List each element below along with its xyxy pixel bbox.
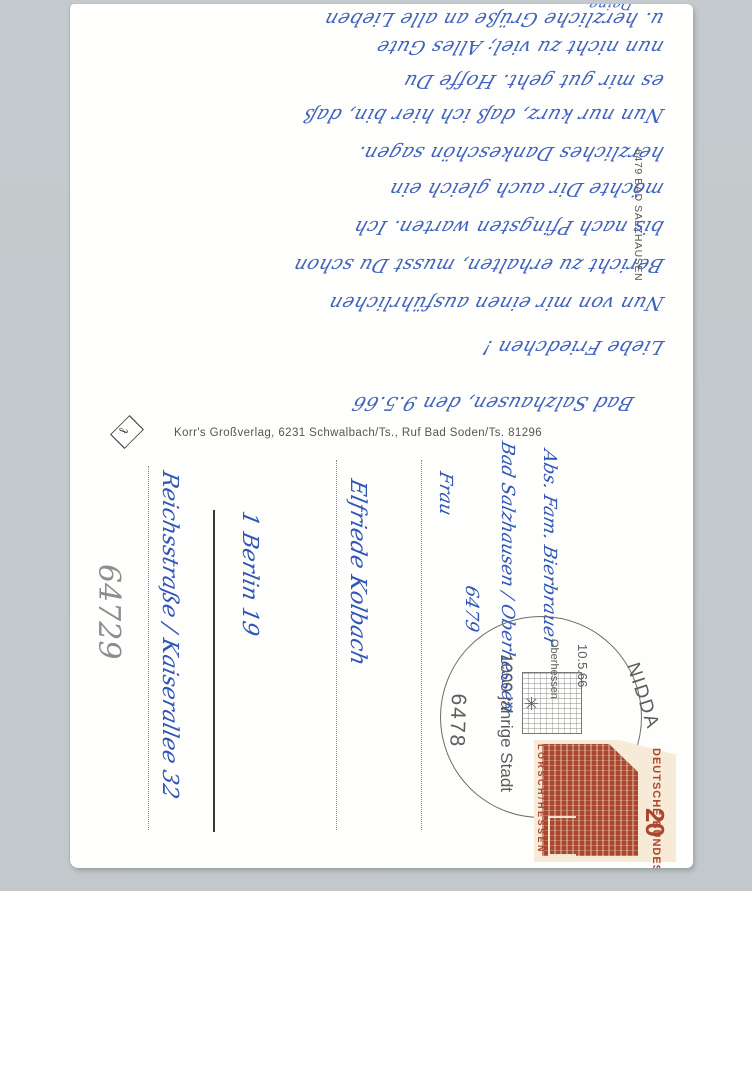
postmark-region: Oberhessen xyxy=(548,639,560,699)
recipient-street: Reichsstraße / Kaiserallee 32 xyxy=(157,469,182,801)
postmark-zip: 6478 xyxy=(444,693,470,749)
postcard-back: Liebe Friedchen ! Nun von mir einen ausf… xyxy=(70,4,693,868)
message-line: Nun nur kurz, daß ich hier bin, daß xyxy=(300,104,667,126)
stamp-door-detail xyxy=(548,816,576,856)
message-greeting: Liebe Friedchen ! xyxy=(480,336,667,358)
message-line: bis nach Pfingsten warten. Ich xyxy=(350,216,666,238)
sender-zip: 6479 xyxy=(461,584,482,634)
stamp-place: LORSCH/HESSEN xyxy=(536,744,546,854)
stamp-value: 20 xyxy=(639,808,670,837)
recipient-name: Elfriede Kolbach xyxy=(345,477,370,668)
address-dotted-line xyxy=(421,460,422,830)
message-line: nun nicht zu viel; Alles Gute xyxy=(373,36,666,58)
publisher-line: Korr's Großverlag, 6231 Schwalbach/Ts., … xyxy=(174,427,542,439)
location-caption: 6479 BAD SALZHAUSEN xyxy=(632,149,644,281)
message-line: möchte Dir auch gleich ein xyxy=(386,178,666,200)
postmark-star-icon: ✳ xyxy=(524,694,539,715)
message-signoff: Deine xyxy=(587,4,636,12)
message-line: Bericht zu erhalten, musst Du schon xyxy=(290,254,666,276)
date-line: Bad Salzhausen, den 9.5.66 xyxy=(349,392,636,414)
message-line: es mir gut geht. Hoffe Du xyxy=(400,70,666,92)
postmark-date: 10.5.66 xyxy=(575,644,590,687)
recipient-salutation: Frau xyxy=(435,470,456,518)
message-line: herzliches Dankeschön sagen. xyxy=(354,142,666,164)
handwritten-message: Liebe Friedchen ! Nun von mir einen ausf… xyxy=(70,4,693,444)
postmark-slogan: 1000 jährige Stadt xyxy=(496,654,516,792)
recipient-city: 1 Berlin 19 xyxy=(237,509,262,638)
message-line: Nun von mir einen ausführlichen xyxy=(326,292,667,314)
divider-line xyxy=(213,510,215,832)
address-dotted-line xyxy=(336,460,337,830)
pencil-note: 64729 xyxy=(91,564,126,659)
address-dotted-line xyxy=(148,466,149,830)
